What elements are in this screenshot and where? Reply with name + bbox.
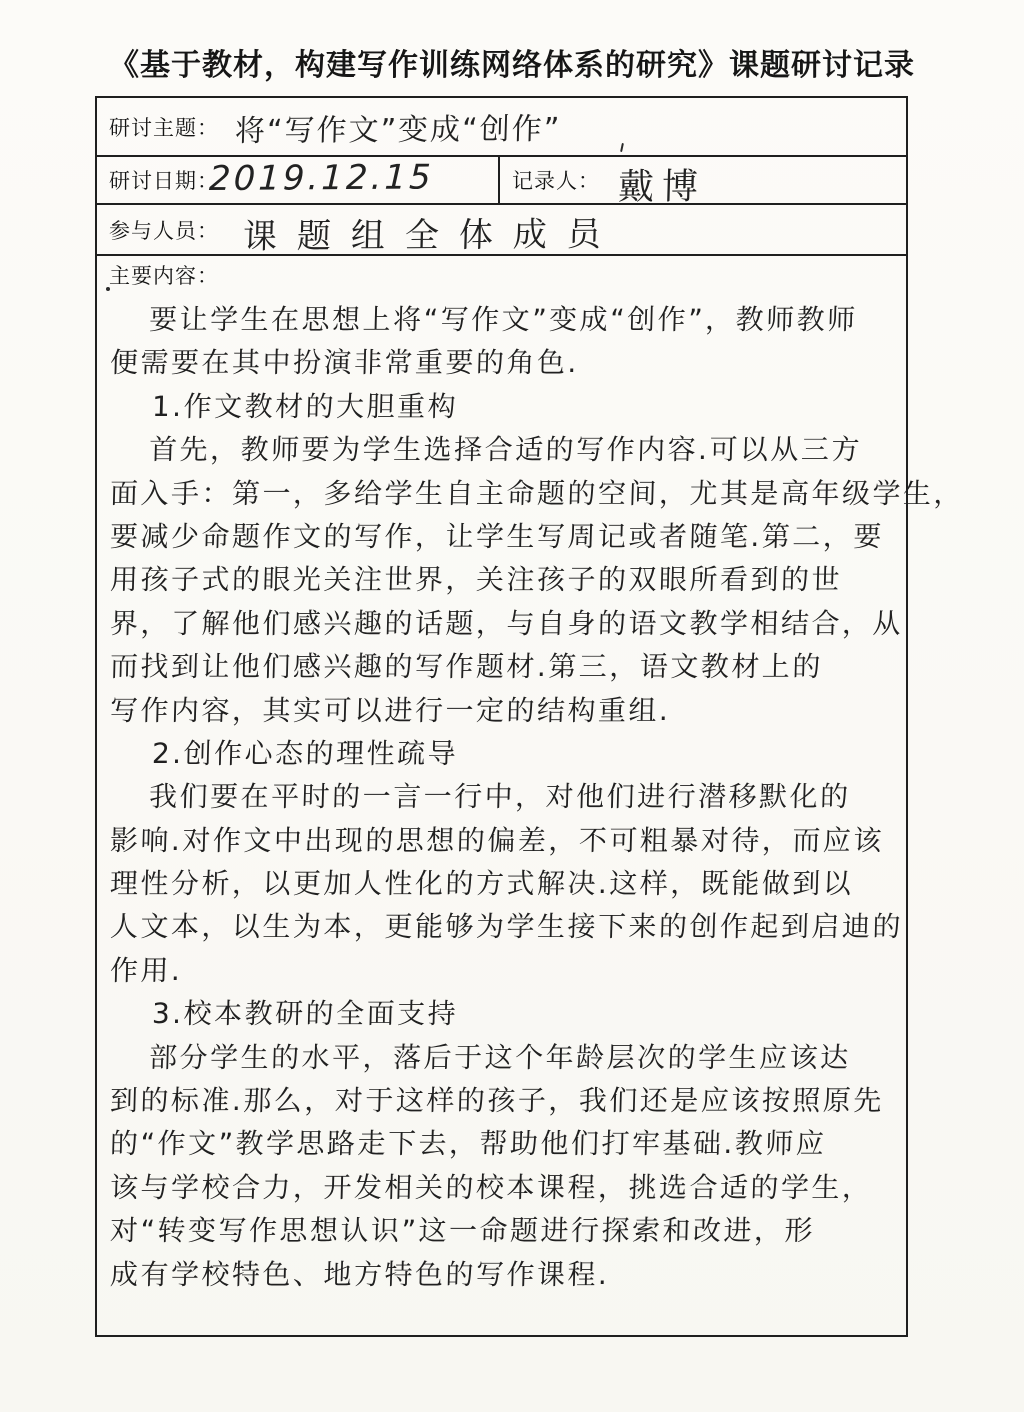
topic-row: 研讨主题： 将“写作文”变成“创作” xyxy=(97,98,906,157)
handwritten-line: 用孩子式的眼光关注世界，关注孩子的双眼所看到的世 xyxy=(109,556,898,599)
handwritten-line: 2.创作心态的理性疏导 xyxy=(109,730,898,773)
participants-row: 参与人员： 课题组全体成员 xyxy=(97,205,906,256)
handwritten-line: 对“转变写作思想认识”这一命题进行探索和改进，形 xyxy=(109,1207,898,1250)
participants-label: 参与人员： xyxy=(97,215,219,245)
handwritten-line: 3.校本教研的全面支持 xyxy=(109,990,898,1033)
handwritten-line: 写作内容，其实可以进行一定的结构重组. xyxy=(109,687,898,730)
handwritten-line: 作用. xyxy=(109,947,898,990)
handwritten-line: 影响.对作文中出现的思想的偏差，不可粗暴对待，而应该 xyxy=(109,817,898,860)
main-content-row: 主要内容： 要让学生在思想上将“写作文”变成“创作”，教师教师便需要在其中扮演非… xyxy=(97,256,906,1335)
handwritten-line: 部分学生的水平，落后于这个年龄层次的学生应该达 xyxy=(109,1034,898,1077)
handwritten-content: 要让学生在思想上将“写作文”变成“创作”，教师教师便需要在其中扮演非常重要的角色… xyxy=(110,296,898,1294)
topic-label: 研讨主题： xyxy=(97,112,219,142)
handwritten-line: 1.作文教材的大胆重构 xyxy=(109,383,898,426)
date-cell: 研讨日期： 2019.12.15 xyxy=(97,157,500,203)
recorder-cell: 记录人： 戴博 xyxy=(500,157,906,203)
handwritten-line: 而找到让他们感兴趣的写作题材.第三，语文教材上的 xyxy=(109,643,898,686)
handwritten-line: 界，了解他们感兴趣的话题，与自身的语文教学相结合，从 xyxy=(109,600,898,643)
handwritten-line: 要让学生在思想上将“写作文”变成“创作”，教师教师 xyxy=(109,296,898,339)
recorder-handwritten-value: 戴博 xyxy=(617,158,706,210)
content-label: 主要内容： xyxy=(97,260,219,290)
recorder-label: 记录人： xyxy=(500,165,600,195)
handwritten-line: 面入手：第一，多给学生自主命题的空间，尤其是高年级学生， xyxy=(109,470,898,513)
handwritten-line: 该与学校合力，开发相关的校本课程，挑选合适的学生， xyxy=(109,1164,898,1207)
topic-handwritten-value: 将“写作文”变成“创作” xyxy=(234,104,561,150)
handwritten-line: 理性分析，以更加人性化的方式解决.这样，既能做到以 xyxy=(109,860,898,903)
date-recorder-row: 研讨日期： 2019.12.15 记录人： 戴博 xyxy=(97,157,906,205)
handwritten-line: 首先，教师要为学生选择合适的写作内容.可以从三方 xyxy=(109,426,898,469)
participants-handwritten-value: 课题组全体成员 xyxy=(242,206,621,258)
handwritten-line: 要减少命题作文的写作，让学生写周记或者随笔.第二，要 xyxy=(109,513,898,556)
ink-dot-artifact xyxy=(106,287,110,291)
meeting-record-table: 研讨主题： 将“写作文”变成“创作” 研讨日期： 2019.12.15 记录人：… xyxy=(95,96,908,1337)
handwritten-line: 我们要在平时的一言一行中，对他们进行潜移默化的 xyxy=(109,773,898,816)
handwritten-line: 的“作文”教学思路走下去，帮助他们打牢基础.教师应 xyxy=(109,1120,898,1163)
handwritten-line: 人文本，以生为本，更能够为学生接下来的创作起到启迪的 xyxy=(109,903,898,946)
handwritten-line: 成有学校特色、地方特色的写作课程. xyxy=(109,1251,898,1294)
handwritten-line: 便需要在其中扮演非常重要的角色. xyxy=(109,339,898,382)
date-label: 研讨日期： xyxy=(97,165,219,195)
document-title: 《基于教材，构建写作训练网络体系的研究》课题研讨记录 xyxy=(0,40,1024,84)
date-handwritten-value: 2019.12.15 xyxy=(208,157,434,199)
handwritten-line: 到的标准.那么，对于这样的孩子，我们还是应该按照原先 xyxy=(109,1077,898,1120)
